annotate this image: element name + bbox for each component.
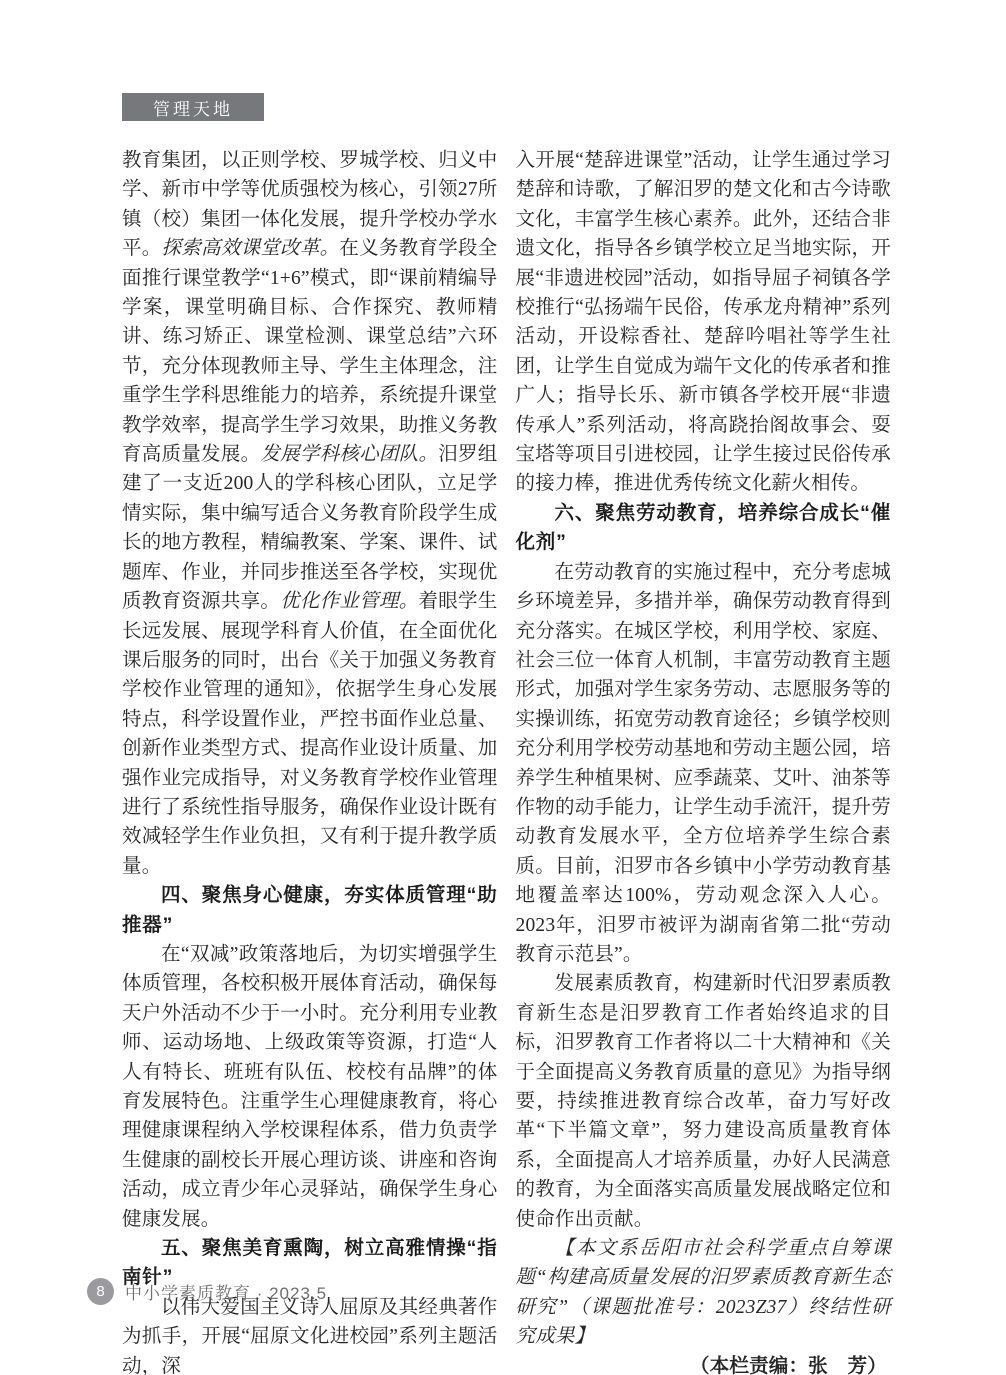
text-run: （本栏责编：张 芳） [690, 1355, 887, 1375]
text-run: 着眼学生长远发展、展现学科育人价值，在全面优化课后服务的同时，出台《关于加强义务… [122, 591, 498, 877]
journal-title: 中小学素质教育 · 2023.5 [125, 1279, 327, 1304]
article-body: 教育集团，以正则学校、罗城学校、归义中学、新市中学等优质强校为核心，引领27所镇… [122, 146, 891, 1375]
paragraph: 以伟大爱国主义诗人屈原及其经典著作为抓手，开展“屈原文化进校园”系列主题活动，深 [122, 1293, 498, 1375]
text-run: 以伟大爱国主义诗人屈原及其经典著作为抓手，开展“屈原文化进校园”系列主题活动，深 [122, 1297, 498, 1375]
page-footer: 8 中小学素质教育 · 2023.5 [87, 1278, 327, 1305]
text-run: 【本文系岳阳市社会科学重点自筹课题“构建高质量发展的汨罗素质教育新生态研究”（课… [516, 1238, 892, 1347]
text-run: 入开展“楚辞进课堂”活动，让学生通过学习楚辞和诗歌，了解汨罗的楚文化和古今诗歌文… [516, 150, 892, 494]
page-number-badge: 8 [87, 1278, 114, 1305]
text-run: 发展素质教育，构建新时代汨罗素质教育新生态是汨罗教育工作者始终追求的目标，汨罗教… [516, 973, 892, 1229]
emphasized-run: 优化作业管理。 [280, 591, 418, 612]
left-column: 教育集团，以正则学校、罗城学校、归义中学、新市中学等优质强校为核心，引领27所镇… [122, 146, 498, 1375]
category-badge: 管理天地 [122, 93, 264, 121]
funding-note: 【本文系岳阳市社会科学重点自筹课题“构建高质量发展的汨罗素质教育新生态研究”（课… [516, 1234, 892, 1352]
right-column: 入开展“楚辞进课堂”活动，让学生通过学习楚辞和诗歌，了解汨罗的楚文化和古今诗歌文… [516, 146, 892, 1375]
emphasized-run: 探索高效课堂改革。 [162, 238, 340, 259]
paragraph-continued: 教育集团，以正则学校、罗城学校、归义中学、新市中学等优质强校为核心，引领27所镇… [122, 146, 498, 881]
text-run: 四、聚焦身心健康，夯实体质管理“助推器” [122, 884, 498, 935]
paragraph: 在劳动教育的实施过程中，充分考虑城乡环境差异，多措并举，确保劳动教育得到充分落实… [516, 558, 892, 970]
text-run: 六、聚焦劳动教育，培养综合成长“催化剂” [516, 502, 892, 553]
emphasized-run: 发展学科核心团队。 [260, 444, 438, 465]
text-run: 在劳动教育的实施过程中，充分考虑城乡环境差异，多措并举，确保劳动教育得到充分落实… [516, 562, 892, 965]
section-heading-4: 四、聚焦身心健康，夯实体质管理“助推器” [122, 881, 498, 940]
section-heading-6: 六、聚焦劳动教育，培养综合成长“催化剂” [516, 499, 892, 558]
paragraph-continued: 入开展“楚辞进课堂”活动，让学生通过学习楚辞和诗歌，了解汨罗的楚文化和古今诗歌文… [516, 146, 892, 499]
text-run: 在“双减”政策落地后，为切实增强学生体质管理，各校积极开展体育活动，确保每天户外… [122, 944, 498, 1230]
magazine-page: 管理天地 教育集团，以正则学校、罗城学校、归义中学、新市中学等优质强校为核心，引… [0, 0, 1006, 1375]
paragraph: 发展素质教育，构建新时代汨罗素质教育新生态是汨罗教育工作者始终追求的目标，汨罗教… [516, 969, 892, 1234]
paragraph: 在“双减”政策落地后，为切实增强学生体质管理，各校积极开展体育活动，确保每天户外… [122, 940, 498, 1234]
text-run: 在义务教育学段全面推行课堂教学“1+6”模式，即“课前精编导学案，课堂明确目标、… [122, 238, 498, 465]
editor-credit: （本栏责编：张 芳） [516, 1352, 892, 1375]
text-run: 汨罗组建了一支近200人的学科核心团队，立足学情实际，集中编写适合义务教育阶段学… [122, 444, 498, 612]
